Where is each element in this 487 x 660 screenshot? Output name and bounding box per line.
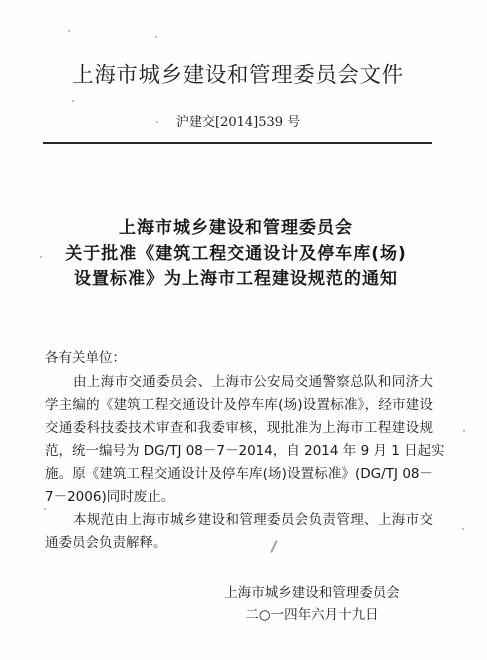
heading-line: 上海市城乡建设和管理委员会	[0, 216, 472, 242]
body-line: 范，统一编号为 DG/TJ 08－7－2014，自 2014 年 9 月 1 日…	[45, 440, 433, 463]
scan-speck	[44, 508, 46, 510]
document-number: 沪建交[2014]539 号	[176, 114, 300, 132]
scan-speck	[156, 121, 158, 123]
header-divider	[43, 142, 432, 144]
signature-date: 二○一四年六月十九日	[212, 604, 412, 626]
body-line: 由上海市交通委员会、上海市公安局交通警察总队和同济大	[45, 371, 433, 394]
scan-speck	[463, 430, 465, 432]
signature-block: 上海市城乡建设和管理委员会 二○一四年六月十九日	[212, 582, 412, 626]
issuer-title: 上海市城乡建设和管理委员会文件	[0, 62, 476, 90]
scan-speck	[462, 528, 464, 530]
signature-organization: 上海市城乡建设和管理委员会	[212, 582, 412, 604]
body-line: 施。原《建筑工程交通设计及停车库(场)设置标准》(DG/TJ 08－	[45, 463, 433, 486]
body-line: 学主编的《建筑工程交通设计及停车库(场)设置标准》，经市建设	[45, 394, 433, 417]
scan-speck	[40, 256, 42, 258]
body-text: 由上海市交通委员会、上海市公安局交通警察总队和同济大 学主编的《建筑工程交通设计…	[45, 371, 433, 555]
salutation: 各有关单位：	[45, 348, 126, 368]
scan-speck	[68, 30, 70, 32]
body-line: 本规范由上海市城乡建设和管理委员会负责管理、上海市交	[45, 509, 433, 532]
notice-heading: 上海市城乡建设和管理委员会 关于批准《建筑工程交通设计及停车库(场) 设置标准》…	[0, 216, 472, 293]
body-line: 交通委科技委技术审查和我委审核，现批准为上海市工程建设规	[45, 417, 433, 440]
body-line: 7－2006)同时废止。	[45, 486, 433, 509]
scan-speck	[155, 36, 157, 38]
document-page: 上海市城乡建设和管理委员会文件 沪建交[2014]539 号 上海市城乡建设和管…	[0, 0, 487, 660]
heading-line: 关于批准《建筑工程交通设计及停车库(场)	[0, 242, 472, 268]
heading-line: 设置标准》为上海市工程建设规范的通知	[0, 267, 472, 293]
body-line: 通委员会负责解释。	[45, 532, 433, 555]
scan-speck	[72, 100, 74, 102]
